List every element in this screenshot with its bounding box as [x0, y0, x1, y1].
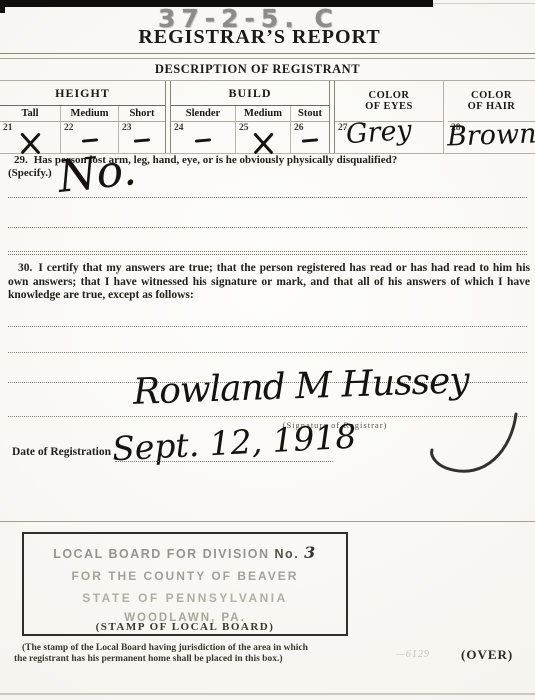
hair-color-handwritten-value: Brown	[446, 118, 535, 152]
scan-edge-left	[0, 0, 5, 13]
print-code: —6129	[396, 649, 430, 660]
cell-tall: 21	[0, 122, 60, 153]
scan-edge-bottom	[0, 693, 535, 695]
over-label: (OVER)	[461, 647, 513, 663]
column-header-medium-height: Medium	[60, 106, 118, 122]
signature-flourish-stroke	[412, 408, 532, 493]
height-group-header: HEIGHT	[0, 81, 165, 106]
build-group-header: BUILD	[171, 81, 329, 106]
cell-slender: 24	[171, 122, 235, 153]
section-header-description: DESCRIPTION OF REGISTRANT	[0, 62, 525, 77]
column-header-medium-build: Medium	[235, 106, 290, 122]
divider-above-stamp-box	[0, 521, 535, 522]
stamp-box-caption: (STAMP OF LOCAL BOARD)	[96, 621, 275, 633]
answer-line	[8, 352, 527, 353]
page-title: REGISTRAR’S REPORT	[0, 26, 527, 49]
column-header-tall: Tall	[0, 106, 60, 122]
dash-mark-icon	[171, 122, 235, 153]
scan-edge-top-right	[433, 3, 535, 4]
answer-line	[8, 254, 527, 255]
cell-medium-build: 25	[235, 122, 290, 153]
answer-line	[8, 227, 527, 228]
stamp-line-division: LOCAL BOARD FOR DIVISION No. 3	[53, 543, 317, 562]
answer-line	[8, 251, 527, 252]
color-of-hair-header-line1: COLOR	[471, 90, 512, 102]
local-board-stamp-box: LOCAL BOARD FOR DIVISION No. 3 FOR THE C…	[22, 532, 348, 636]
column-header-short: Short	[118, 106, 165, 122]
registrar-report-card: 37-2-5. C REGISTRAR’S REPORT DESCRIPTION…	[0, 0, 535, 700]
certification-30-number: 30.	[18, 262, 38, 274]
question-29-handwritten-answer: No.	[56, 144, 139, 203]
footer-note: (The stamp of the Local Board having jur…	[14, 643, 364, 665]
color-of-hair-header-line2: OF HAIR	[468, 101, 516, 113]
eye-color-handwritten-value: Grey	[345, 115, 413, 151]
stamp-line-county: FOR THE COUNTY OF BEAVER	[72, 569, 299, 583]
color-of-hair-header: COLOR OF HAIR	[448, 81, 535, 122]
x-mark-icon	[0, 122, 60, 153]
divider-under-title	[0, 53, 535, 59]
stamp-division-no-label: No.	[275, 547, 300, 561]
footer-note-line2: the registrant has his permanent home sh…	[14, 654, 364, 665]
stamp-division-prefix: LOCAL BOARD FOR DIVISION	[53, 547, 269, 561]
column-header-slender: Slender	[171, 106, 235, 122]
question-29-number: 29.	[8, 154, 34, 166]
date-of-registration-label: Date of Registration	[12, 446, 111, 458]
color-of-eyes-header-line1: COLOR	[368, 90, 409, 102]
certification-30: 30.I certify that my answers are true; t…	[8, 262, 530, 303]
dash-mark-icon	[291, 122, 329, 153]
color-of-eyes-header-line2: OF EYES	[365, 101, 413, 113]
cell-stout: 26	[290, 122, 329, 153]
date-line	[115, 461, 333, 462]
certification-30-body: I certify that my answers are true; that…	[8, 262, 530, 301]
footer-note-line1: (The stamp of the Local Board having jur…	[14, 643, 364, 654]
registrar-signature-handwritten: Rowland M Hussey	[132, 360, 469, 413]
x-mark-icon	[236, 122, 290, 153]
stamp-division-number: 3	[304, 543, 317, 562]
answer-line	[8, 326, 527, 327]
stamp-line-state: STATE OF PENNSYLVANIA	[82, 591, 288, 605]
column-header-stout: Stout	[290, 106, 329, 122]
answer-line	[8, 197, 527, 198]
